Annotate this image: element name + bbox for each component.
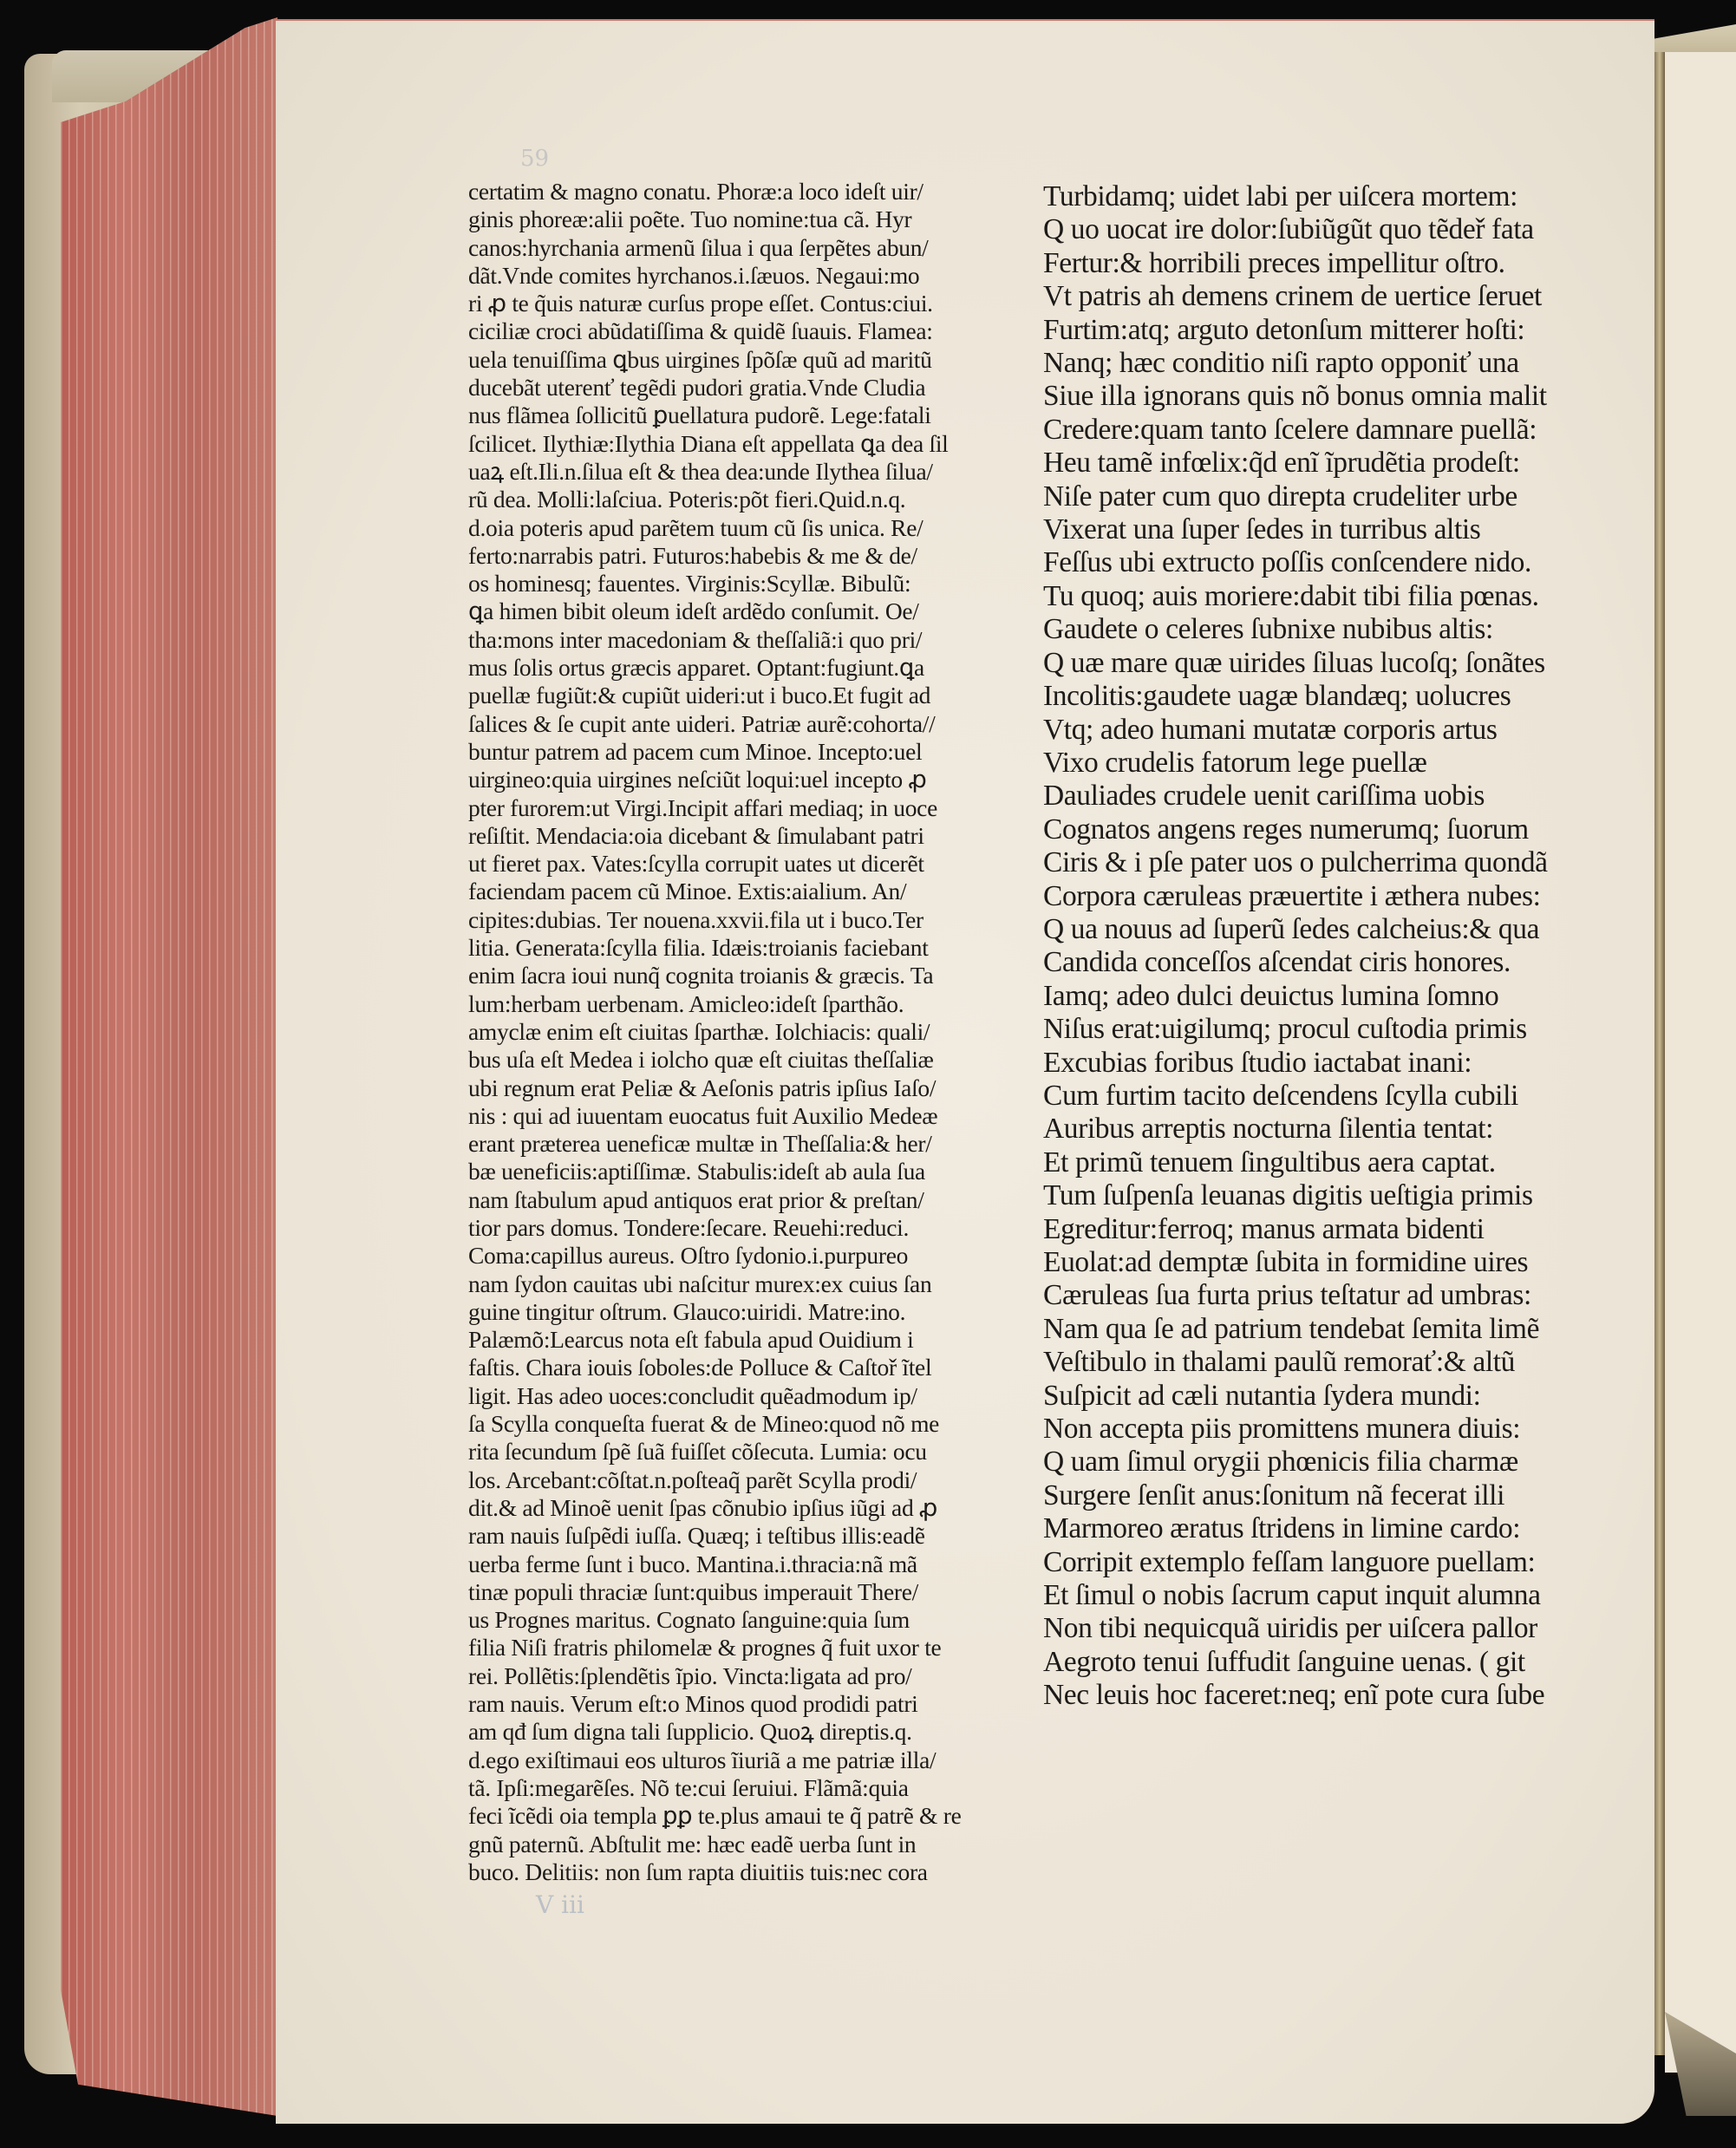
- text-line: ram nauis. Verum eſt:o Minos quod prodid…: [468, 1690, 1023, 1718]
- text-line: Nec leuis hoc faceret:neq; enĩ pote cura…: [1043, 1679, 1650, 1712]
- text-line: d.oia poteris apud parẽtem tuum cũ ſis u…: [468, 514, 1023, 542]
- poem-column: Turbidamq; uidet labi per uiſcera mortem…: [1043, 180, 1650, 1713]
- text-line: litia. Generata:ſcylla filia. Idæis:troi…: [468, 934, 1023, 962]
- text-line: rũ dea. Molli:laſciua. Poteris:põt fieri…: [468, 486, 1023, 513]
- text-line: Cæruleas ſua furta prius teſtatur ad umb…: [1043, 1279, 1650, 1312]
- text-line: uaꝝ eſt.Ili.n.ſilua eſt & thea dea:unde …: [468, 458, 1023, 486]
- text-line: ciciliæ croci abũdatiſſima & quidẽ ſuaui…: [468, 317, 1023, 345]
- text-line: Q uæ mare quæ uirides ſiluas lucoſq; ſon…: [1043, 647, 1650, 680]
- text-line: Q uo uocat ire dolor:ſubiũgũt quo tẽdeř …: [1043, 213, 1650, 246]
- text-line: Excubias foribus ſtudio iactabat inani:: [1043, 1047, 1650, 1080]
- text-line: nis : qui ad iuuentam euocatus fuit Auxi…: [468, 1102, 1023, 1130]
- text-line: Turbidamq; uidet labi per uiſcera mortem…: [1043, 180, 1650, 213]
- text-line: certatim & magno conatu. Phoræ:a loco id…: [468, 178, 1023, 206]
- text-line: Palæmõ:Learcus nota eſt fabula apud Ouid…: [468, 1326, 1023, 1354]
- text-line: bus uſa eſt Medea i iolcho quæ eſt ciuit…: [468, 1046, 1023, 1074]
- text-line: Siue illa ignorans quis nõ bonus omnia m…: [1043, 380, 1650, 413]
- text-line: bæ ueneficiis:aptiſſimæ. Stabulis:ideſt …: [468, 1158, 1023, 1185]
- text-line: Cognatos angens reges numerumq; ſuorum: [1043, 813, 1650, 846]
- text-line: Surgere ſenſit anus:ſonitum nã fecerat i…: [1043, 1479, 1650, 1512]
- text-line: Candida conceſſos aſcendat ciris honores…: [1043, 946, 1650, 979]
- text-line: Vtq; adeo humani mutatæ corporis artus: [1043, 714, 1650, 747]
- text-line: Ciris & i pſe pater uos o pulcherrima qu…: [1043, 846, 1650, 879]
- text-line: ut fieret pax. Vates:ſcylla corrupit uat…: [468, 850, 1023, 878]
- text-line: ducebãt uterenť tegẽdi pudori gratia.Vnd…: [468, 374, 1023, 402]
- text-line: Vt patris ah demens crinem de uertice ſe…: [1043, 280, 1650, 313]
- gutter: [1654, 52, 1665, 2055]
- text-line: faciendam pacem cũ Minoe. Extis:aialium.…: [468, 878, 1023, 905]
- text-line: gnũ paternũ. Abſtulit me: hæc eadẽ uerba…: [468, 1831, 1023, 1858]
- text-line: Suſpicit ad cæli nutantia ſydera mundi:: [1043, 1380, 1650, 1413]
- text-line: lum:herbam uerbenam. Amicleo:ideſt ſpart…: [468, 990, 1023, 1018]
- text-line: Auribus arreptis nocturna ſilentia tenta…: [1043, 1113, 1650, 1146]
- text-line: los. Arcebant:cõſtat.n.poſteaq̃ parẽt Sc…: [468, 1466, 1023, 1494]
- text-line: tã. Ipſi:megarẽſes. Nõ te:cui ſeruiui. F…: [468, 1774, 1023, 1802]
- text-line: uerba ferme ſunt i buco. Mantina.i.thrac…: [468, 1551, 1023, 1578]
- text-line: faſtis. Chara iouis ſoboles:de Polluce &…: [468, 1354, 1023, 1381]
- text-line: Vixerat una ſuper ſedes in turribus alti…: [1043, 513, 1650, 546]
- text-line: ri ꝓ te q̃uis naturæ curſus prope eſſet.…: [468, 290, 1023, 317]
- text-line: Non accepta piis promittens munera diuis…: [1043, 1413, 1650, 1446]
- text-line: canos:hyrchania armenũ ſilua i qua ſerpẽ…: [468, 234, 1023, 262]
- text-line: Q ua nouus ad ſuperũ ſedes calcheius:& q…: [1043, 913, 1650, 946]
- text-line: Dauliades crudele uenit cariſſima uobis: [1043, 780, 1650, 813]
- text-line: Vixo crudelis fatorum lege puellæ: [1043, 747, 1650, 780]
- text-line: Tu quoq; auis moriere:dabit tibi filia p…: [1043, 580, 1650, 613]
- text-line: buntur patrem ad pacem cum Minoe. Incept…: [468, 738, 1023, 766]
- text-line: Niſe pater cum quo direpta crudeliter ur…: [1043, 480, 1650, 513]
- red-fore-edge: [61, 17, 277, 2116]
- text-line: amyclæ enim eſt ciuitas ſparthæ. Iolchia…: [468, 1018, 1023, 1046]
- text-line: Credere:quam tanto ſcelere damnare puell…: [1043, 414, 1650, 447]
- text-line: Non tibi nequicquã uiridis per uiſcera p…: [1043, 1612, 1650, 1645]
- text-line: ram nauis ſuſpẽdi iuſſa. Quæq; i teſtibu…: [468, 1522, 1023, 1550]
- text-line: dit.& ad Minoẽ uenit ſpas cõnubio ipſius…: [468, 1494, 1023, 1522]
- text-line: ſalices & ſe cupit ante uideri. Patriæ a…: [468, 710, 1023, 738]
- text-line: Et primũ tenuem ſingultibus aera captat.: [1043, 1146, 1650, 1179]
- text-line: us Prognes maritus. Cognato ſanguine:qui…: [468, 1606, 1023, 1634]
- text-line: Fertur:& horribili preces impellitur oſt…: [1043, 247, 1650, 280]
- text-line: Gaudete o celeres ſubnixe nubibus altis:: [1043, 613, 1650, 646]
- text-line: ligit. Has adeo uoces:concludit quẽadmod…: [468, 1382, 1023, 1410]
- text-line: tior pars domus. Tondere:ſecare. Reuehi:…: [468, 1214, 1023, 1242]
- text-line: feci ĩcẽdi oia templa ꝑꝑ te.plus amaui t…: [468, 1802, 1023, 1830]
- text-line: Heu tamẽ infœlix:q̃d enĩ ĩprudẽtia prode…: [1043, 447, 1650, 480]
- text-line: Tum ſuſpenſa leuanas digitis ueſtigia pr…: [1043, 1179, 1650, 1212]
- text-line: Feſſus ubi extructo poſſis conſcendere n…: [1043, 546, 1650, 579]
- text-line: rita ſecundum ſpẽ ſuã fuiſſet cõſecuta. …: [468, 1438, 1023, 1466]
- text-line: ferto:narrabis patri. Futuros:habebis & …: [468, 542, 1023, 570]
- text-line: Niſus erat:uigilumq; procul cuſtodia pri…: [1043, 1013, 1650, 1046]
- text-line: Corpora cæruleas præuertite i æthera nub…: [1043, 880, 1650, 913]
- signature-mark: V iii: [536, 1890, 584, 1919]
- text-line: Incolitis:gaudete uagæ blandæq; uolucres: [1043, 680, 1650, 713]
- text-line: guine tingitur oſtrum. Glauco:uiridi. Ma…: [468, 1298, 1023, 1326]
- text-line: uirgineo:quia uirgines neſciũt loqui:uel…: [468, 766, 1023, 793]
- text-line: nus flãmea ſollicitũ ꝑuellatura pudorẽ. …: [468, 402, 1023, 429]
- text-line: ubi regnum erat Peliæ & Aeſonis patris i…: [468, 1074, 1023, 1102]
- text-line: Nanq; hæc conditio niſi rapto opponiť un…: [1043, 347, 1650, 380]
- text-line: tha:mons inter macedoniam & theſſaliã:i …: [468, 626, 1023, 654]
- text-line: reſiſtit. Mendacia:oia dicebant & ſimula…: [468, 822, 1023, 850]
- text-line: rei. Pollẽtis:ſplendẽtis ĩpio. Vincta:li…: [468, 1662, 1023, 1690]
- text-line: d.ego exiſtimaui eos ulturos ĩiuriã a me…: [468, 1746, 1023, 1774]
- recto-page-edge: [1665, 52, 1736, 2073]
- text-line: Et ſimul o nobis ſacrum caput inquit alu…: [1043, 1579, 1650, 1612]
- text-line: Aegroto tenui ſuffudit ſanguine uenas. (…: [1043, 1646, 1650, 1679]
- text-line: Coma:capillus aureus. Oſtro ſydonio.i.pu…: [468, 1242, 1023, 1270]
- text-line: erant præterea ueneficæ multæ in Theſſal…: [468, 1130, 1023, 1158]
- text-line: ginis phoreæ:alii poẽte. Tuo nomine:tua …: [468, 206, 1023, 233]
- text-line: nam ſtabulum apud antiquos erat prior & …: [468, 1186, 1023, 1214]
- text-line: os hominesq; fauentes. Virginis:Scyllæ. …: [468, 570, 1023, 597]
- text-line: enim ſacra ioui nunq̃ cognita troianis &…: [468, 962, 1023, 989]
- text-line: Veſtibulo in thalami paulũ remorať:& alt…: [1043, 1346, 1650, 1379]
- text-line: ꝗa himen bibit oleum ideſt ardẽdo conſum…: [468, 597, 1023, 625]
- text-line: dãt.Vnde comites hyrchanos.i.ſæuos. Nega…: [468, 262, 1023, 290]
- text-line: pter furorem:ut Virgi.Incipit affari med…: [468, 794, 1023, 822]
- text-line: Corripit extemplo feſſam languore puella…: [1043, 1546, 1650, 1579]
- text-line: uela tenuiſſima ꝗbus uirgines ſpõſæ quũ …: [468, 346, 1023, 374]
- text-line: puellæ fugiũt:& cupiũt uideri:ut i buco.…: [468, 682, 1023, 709]
- text-line: ſa Scylla conqueſta fuerat & de Mineo:qu…: [468, 1410, 1023, 1438]
- text-line: cipites:dubias. Ter nouena.xxvii.fila ut…: [468, 906, 1023, 934]
- text-line: tinæ populi thraciæ ſunt:quibus imperaui…: [468, 1578, 1023, 1606]
- text-line: ſcilicet. Ilythiæ:Ilythia Diana eſt appe…: [468, 430, 1023, 458]
- text-line: mus ſolis ortus græcis apparet. Optant:f…: [468, 654, 1023, 682]
- text-line: Euolat:ad demptæ ſubita in formidine uir…: [1043, 1246, 1650, 1279]
- text-line: am qđ ſum digna tali ſupplicio. Quoꝝ dir…: [468, 1718, 1023, 1746]
- text-line: Cum furtim tacito deſcendens ſcylla cubi…: [1043, 1080, 1650, 1113]
- text-line: Marmoreo æratus ſtridens in limine cardo…: [1043, 1512, 1650, 1545]
- text-line: Egreditur:ferroq; manus armata bidenti: [1043, 1213, 1650, 1246]
- text-line: Q uam ſimul orygii phœnicis filia charmæ: [1043, 1446, 1650, 1479]
- text-line: Nam qua ſe ad patrium tendebat ſemita li…: [1043, 1313, 1650, 1346]
- text-line: filia Niſi fratris philomelæ & prognes q…: [468, 1634, 1023, 1662]
- text-line: buco. Delitiis: non ſum rapta diuitiis t…: [468, 1858, 1023, 1886]
- text-line: Iamq; adeo dulci deuictus lumina ſomno: [1043, 980, 1650, 1013]
- text-line: Furtim:atq; arguto detonſum mitterer hoſ…: [1043, 314, 1650, 347]
- text-line: nam ſydon cauitas ubi naſcitur murex:ex …: [468, 1270, 1023, 1298]
- folio-number: 59: [520, 146, 549, 172]
- commentary-column: certatim & magno conatu. Phoræ:a loco id…: [468, 178, 1023, 1886]
